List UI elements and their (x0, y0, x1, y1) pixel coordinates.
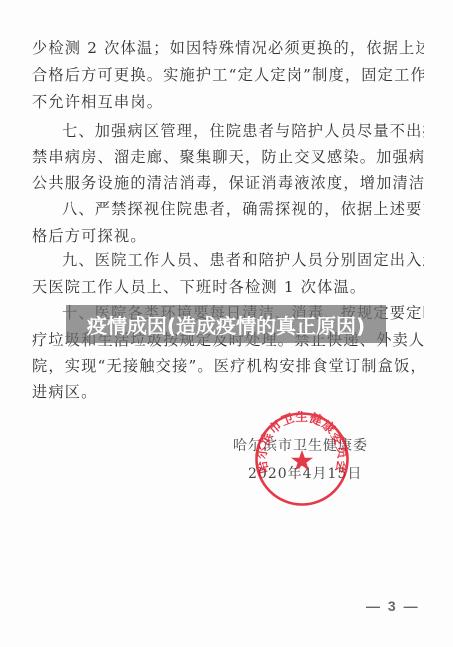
star-icon (291, 450, 313, 470)
paragraph-9-heading-line: 九、医院工作人员、患者和陪护人员分别固定出入通道，每 (62, 251, 424, 269)
text-line: 进病区。 (32, 383, 424, 401)
title-overlay-banner: 疫情成因(造成疫情的真正原因) (66, 305, 386, 343)
overlay-title: 疫情成因(造成疫情的真正原因) (87, 310, 365, 339)
text-line: 不允许相互串岗。 (32, 93, 424, 111)
paragraph-8-heading-line: 八、严禁探视住院患者，确需探视的，依据上述要求筛查合 (62, 200, 424, 218)
text-line: 少检测 2 次体温；如因特殊情况必须更换的，依据上述要求筛查 (32, 39, 424, 57)
text-line: 公共服务设施的清洁消毒，保证消毒液浓度，增加清洁消毒频次。 (32, 174, 424, 192)
text-line: 合格后方可更换。实施护工“定人定岗”制度，固定工作范围， (32, 66, 424, 84)
text-line: 禁串病房、溜走廊、聚集聊天，防止交叉感染。加强病区通风和 (32, 148, 424, 166)
text-line: 天医院工作人员上、下班时各检测 1 次体温。 (32, 278, 424, 296)
official-seal-stamp: 哈尔滨市卫生健康委员会 (254, 411, 350, 507)
text-line: 院，实现“无接触交接”。医疗机构安排食堂订制盒饭，组织送餐 (32, 357, 424, 375)
page-number: — 3 — (366, 598, 420, 614)
document-page: 少检测 2 次体温；如因特殊情况必须更换的，依据上述要求筛查 合格后方可更换。实… (0, 0, 453, 647)
paragraph-7-heading-line: 七、加强病区管理，住院患者与陪护人员尽量不出病房，严 (62, 122, 424, 140)
text-line: 格后方可探视。 (32, 227, 424, 245)
